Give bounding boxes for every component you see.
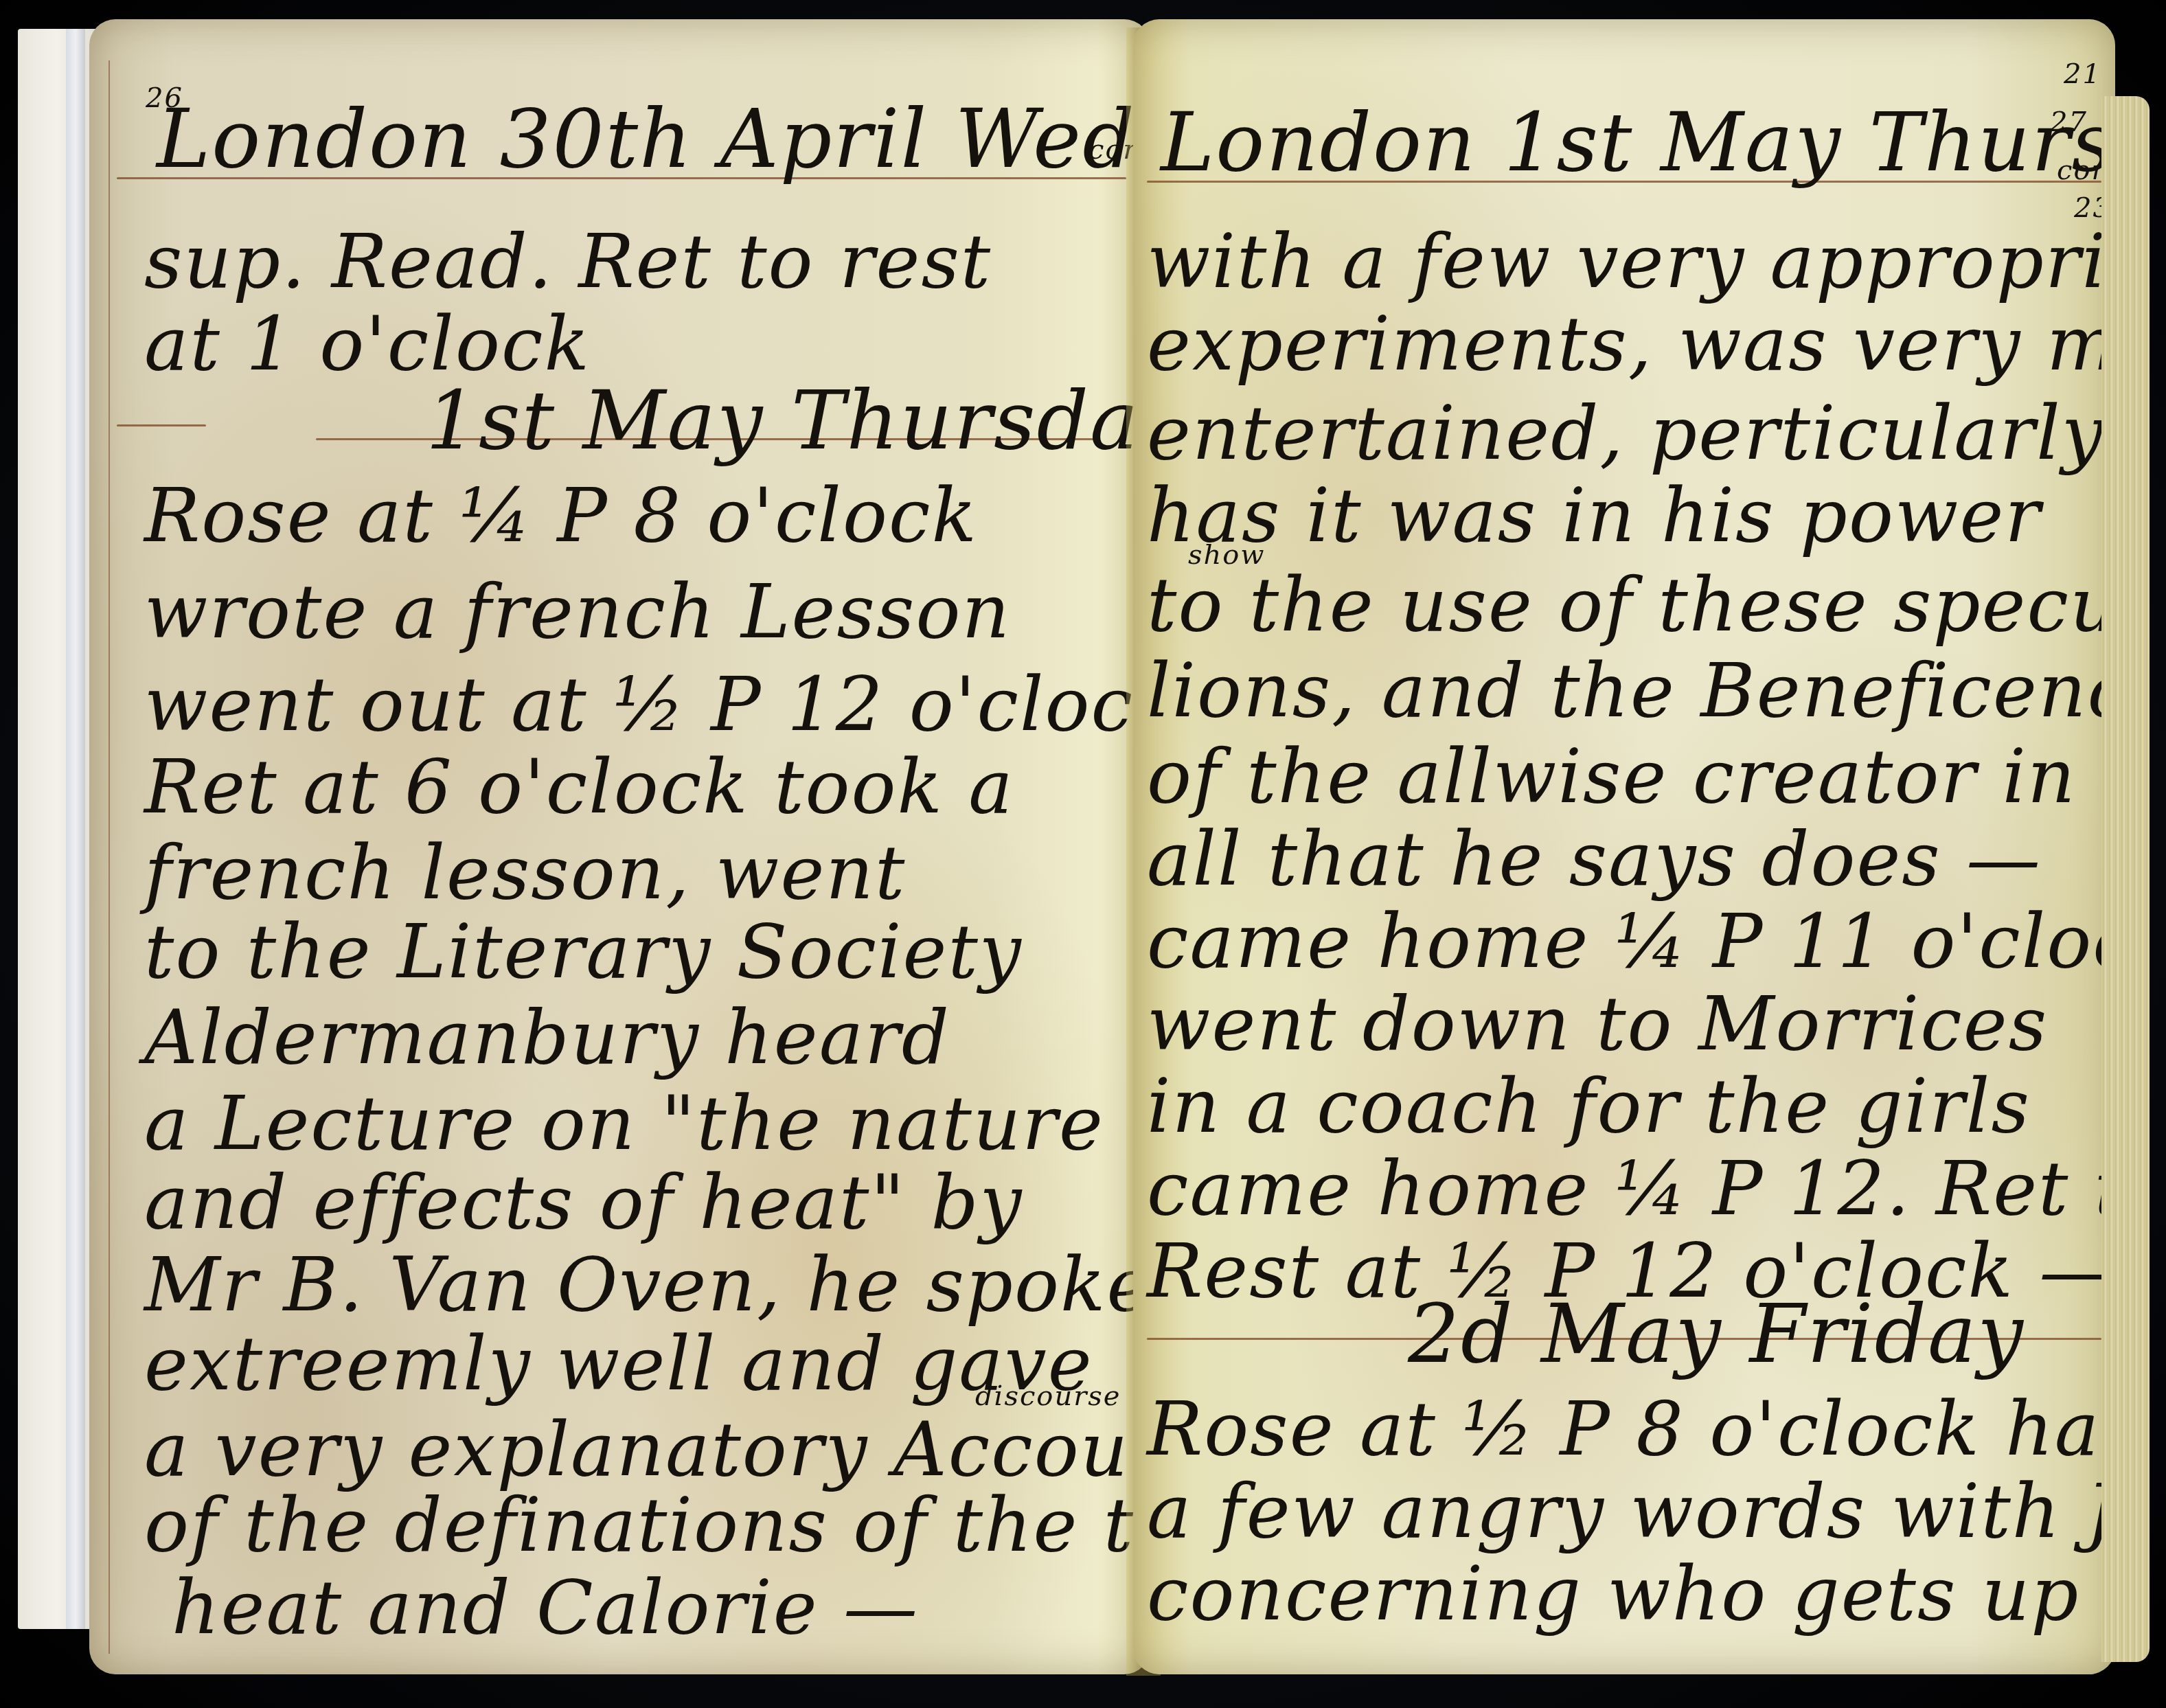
text-line: of the allwise creator in [1147,740,2077,815]
text-line: Mr B. Van Oven, he spoke [144,1249,1150,1323]
entry-heading: 2d May Friday [1408,1293,2025,1374]
text-line: lions, and the Beneficence [1147,654,2115,729]
page-header: London 1st May Thursday [1161,102,2115,183]
entry-rule-left [117,424,206,426]
text-line: extreemly well and gave [144,1328,1093,1402]
page-header: London 30th April Wednesday [157,98,1150,179]
right-page: 21 27 cont 23 London 1st May Thursday wi… [1133,19,2115,1674]
text-line: came home ¼ P 12. Ret to [1147,1152,2115,1227]
text-line: went down to Morrices [1147,988,2048,1062]
left-margin-rule [109,60,110,1654]
text-line: experiments, was very much [1147,308,2115,382]
left-page: 26 London 30th April Wednesday con sup. … [89,19,1150,1674]
entry-heading: 1st May Thursday [426,380,1150,461]
text-line: of the definations of the terms [144,1489,1150,1563]
text-line: to the Literary Society [144,915,1023,990]
text-line: a few angry words with James, [1147,1475,2115,1549]
text-line: concerning who gets up [1147,1558,2079,1632]
text-line: Rose at ¼ P 8 o'clock [144,479,978,554]
page-edges [2101,96,2150,1662]
text-line: went out at ½ P 12 o'clock [144,668,1150,742]
text-line: Aldermanbury heard [144,1001,950,1075]
text-line: in a coach for the girls [1147,1070,2031,1144]
book-spread: 26 London 30th April Wednesday con sup. … [0,0,2166,1708]
text-line: with a few very appropriate [1147,225,2115,299]
text-line: has it was in his power [1147,479,2042,554]
text-line: a Lecture on "the nature [144,1087,1104,1161]
text-line: french lesson, went [144,836,906,911]
text-line: at 1 o'clock [144,308,591,382]
text-line: and effects of heat" by [144,1166,1023,1240]
text-line: Rose at ½ P 8 o'clock had [1147,1393,2115,1467]
text-line: a very explanatory Account [144,1413,1150,1488]
text-line: Ret at 6 o'clock took a [144,751,1014,825]
text-line: to the use of these specula- [1147,569,2115,643]
insertion-above: discourse [975,1382,1121,1410]
page-number-top: 21 [2064,60,2101,88]
text-line: heat and Calorie — [172,1571,919,1646]
text-line: wrote a french Lesson [144,576,1011,650]
text-line: sup. Read. Ret to rest [144,225,992,299]
text-line: came home ¼ P 11 o'clock [1147,905,2115,979]
text-line: entertained, perticularly [1147,397,2105,471]
text-line: all that he says does — [1147,823,2042,897]
